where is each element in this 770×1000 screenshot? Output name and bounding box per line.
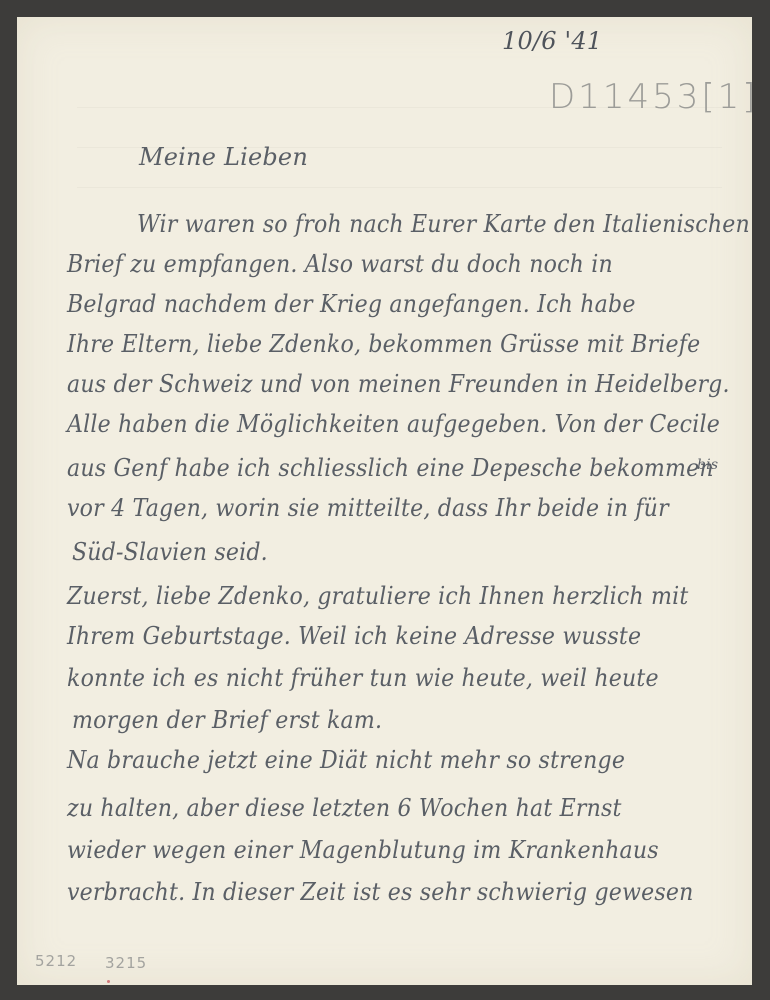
bleed-through-line bbox=[77, 187, 722, 188]
letter-line: morgen der Brief erst kam. bbox=[72, 706, 382, 734]
letter-line: Na brauche jetzt eine Diät nicht mehr so… bbox=[67, 746, 625, 774]
red-ink-mark bbox=[107, 980, 110, 983]
letter-line: aus der Schweiz und von meinen Freunden … bbox=[67, 370, 730, 398]
letter-line: Zuerst, liebe Zdenko, gratuliere ich Ihn… bbox=[67, 582, 688, 610]
pencil-number-left: 5212 bbox=[35, 952, 77, 970]
letter-line: zu halten, aber diese letzten 6 Wochen h… bbox=[67, 794, 622, 822]
letter-line: Brief zu empfangen. Also warst du doch n… bbox=[67, 250, 613, 278]
interlinear-insert: bis bbox=[697, 457, 718, 473]
letter-line: vor 4 Tagen, worin sie mitteilte, dass I… bbox=[67, 494, 669, 522]
letter-line: Ihrem Geburtstage. Weil ich keine Adress… bbox=[67, 622, 641, 650]
scan-background: 10/6 '41 D11453[1] Meine Lieben Wir ware… bbox=[0, 0, 770, 1000]
date-note: 10/6 '41 bbox=[502, 27, 602, 55]
letter-line: Süd-Slavien seid. bbox=[72, 538, 268, 566]
archive-number: D11453[1] bbox=[549, 77, 759, 117]
letter-line: aus Genf habe ich schliesslich eine Depe… bbox=[67, 454, 714, 482]
letter-line: Alle haben die Möglichkeiten aufgegeben.… bbox=[67, 410, 720, 438]
letter-line: Ihre Eltern, liebe Zdenko, bekommen Grüs… bbox=[67, 330, 700, 358]
pencil-number-right: 3215 bbox=[105, 954, 147, 972]
letter-page: 10/6 '41 D11453[1] Meine Lieben Wir ware… bbox=[17, 17, 752, 985]
greeting: Meine Lieben bbox=[139, 143, 308, 171]
letter-line: wieder wegen einer Magenblutung im Krank… bbox=[67, 836, 659, 864]
letter-line: Wir waren so froh nach Eurer Karte den I… bbox=[137, 210, 750, 238]
letter-line: konnte ich es nicht früher tun wie heute… bbox=[67, 664, 659, 692]
letter-line: Belgrad nachdem der Krieg angefangen. Ic… bbox=[67, 290, 636, 318]
letter-line: verbracht. In dieser Zeit ist es sehr sc… bbox=[67, 878, 694, 906]
